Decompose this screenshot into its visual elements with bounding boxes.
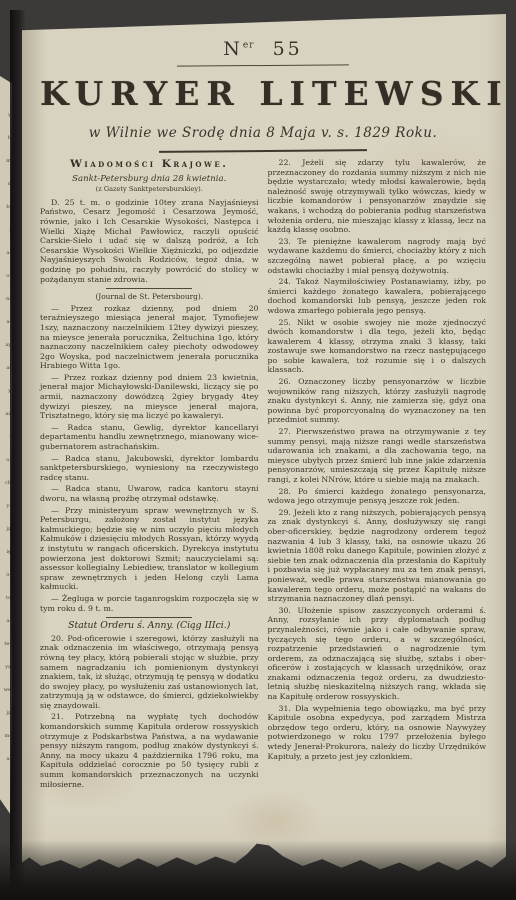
journal-heading: (Journal de St. Petersbourg). bbox=[40, 292, 259, 302]
rule-under-issue-number bbox=[177, 64, 349, 66]
rule-before-journal bbox=[106, 288, 192, 289]
masthead-dateline: w Wilnie we Srodę dnia 8 Maja v. s. 1829… bbox=[40, 125, 486, 141]
article-paragraph: 24. Takoż Naymiłościwiey Postanawiamy, i… bbox=[268, 277, 487, 315]
article-paragraph: 21. Potrzebną na wypłatę tych dochodów k… bbox=[40, 712, 259, 789]
rule-under-dateline bbox=[159, 149, 367, 153]
issue-number: 55 bbox=[273, 38, 303, 60]
article-paragraph: 23. Te pieniężne kawalerom nagrody mają … bbox=[268, 237, 487, 275]
newspaper-page-scan: Ner 55 KURYER LITEWSKI w Wilnie we Srodę… bbox=[22, 14, 506, 872]
article-columns: Wiadomości Krajowe. Sankt-Petersburg dni… bbox=[40, 158, 486, 791]
article-paragraph: 20. Pod-oficerowie i szeregowi, którzy z… bbox=[40, 634, 259, 711]
issue-ordinal-sup: er bbox=[243, 41, 255, 51]
article-source: (z Gazety Sanktpetersburskiey). bbox=[40, 185, 259, 195]
article-paragraph: 31. Dla wypełnienia tego obowiązku, ma b… bbox=[268, 704, 487, 762]
statute-heading: Statut Orderu ś. Anny. (Ciąg IIIci.) bbox=[40, 621, 259, 631]
article-paragraph: 30. Ułożenie spisow zaszczyconych ordera… bbox=[268, 606, 487, 702]
article-paragraph: 29. Jeżeli kto z rang niższych, pobieraj… bbox=[268, 508, 487, 604]
article-paragraph: — Radca stanu, Gewlig, dyrektor kancella… bbox=[40, 423, 259, 452]
article-paragraph: — Żegluga w porcie taganrogskim rozpoczę… bbox=[40, 594, 259, 613]
article-paragraph: 25. Nikt w osobie swojey nie może zjedno… bbox=[268, 318, 487, 376]
article-paragraph: — Przez rozkaz dzienny, pod dniem 20 ter… bbox=[40, 304, 259, 371]
article-paragraph: 26. Oznaczoney liczby pensyonarzów w lic… bbox=[268, 377, 487, 425]
article-paragraph: 28. Po śmierci każdego żonatego pensyona… bbox=[268, 487, 487, 506]
right-column: 22. Jeżeli się zdarzy tylu kawalerów, że… bbox=[268, 158, 487, 791]
article-paragraph: — Przy ministeryum spraw wewnętrznych w … bbox=[40, 506, 259, 592]
left-column: Wiadomości Krajowe. Sankt-Petersburg dni… bbox=[40, 158, 259, 791]
article-paragraph: 22. Jeżeli się zdarzy tylu kawalerów, że… bbox=[268, 158, 487, 235]
page-content: Ner 55 KURYER LITEWSKI w Wilnie we Srodę… bbox=[22, 14, 506, 791]
issue-number-line: Ner 55 bbox=[40, 38, 486, 60]
section-heading: Wiadomości Krajowe. bbox=[40, 160, 259, 170]
article-dateline: Sankt-Petersburg dnia 28 kwietnia. bbox=[40, 175, 259, 185]
rule-before-statute bbox=[106, 617, 192, 618]
article-paragraph: 27. Pierwszeństwo prawa na otrzymywanie … bbox=[268, 427, 487, 485]
article-paragraph: — Radca stanu, Uwarow, radca kantoru sta… bbox=[40, 484, 259, 503]
article-paragraph: — Przez rozkaz dzienny pod dniem 23 kwie… bbox=[40, 373, 259, 421]
issue-prefix: N bbox=[223, 38, 243, 60]
newspaper-title: KURYER LITEWSKI bbox=[40, 74, 486, 113]
article-paragraph: — Radca stanu, Jakubowski, dyrektor lomb… bbox=[40, 454, 259, 483]
article-paragraph: D. 25 t. m. o godzinie 10tey zrana Nayja… bbox=[40, 198, 259, 284]
